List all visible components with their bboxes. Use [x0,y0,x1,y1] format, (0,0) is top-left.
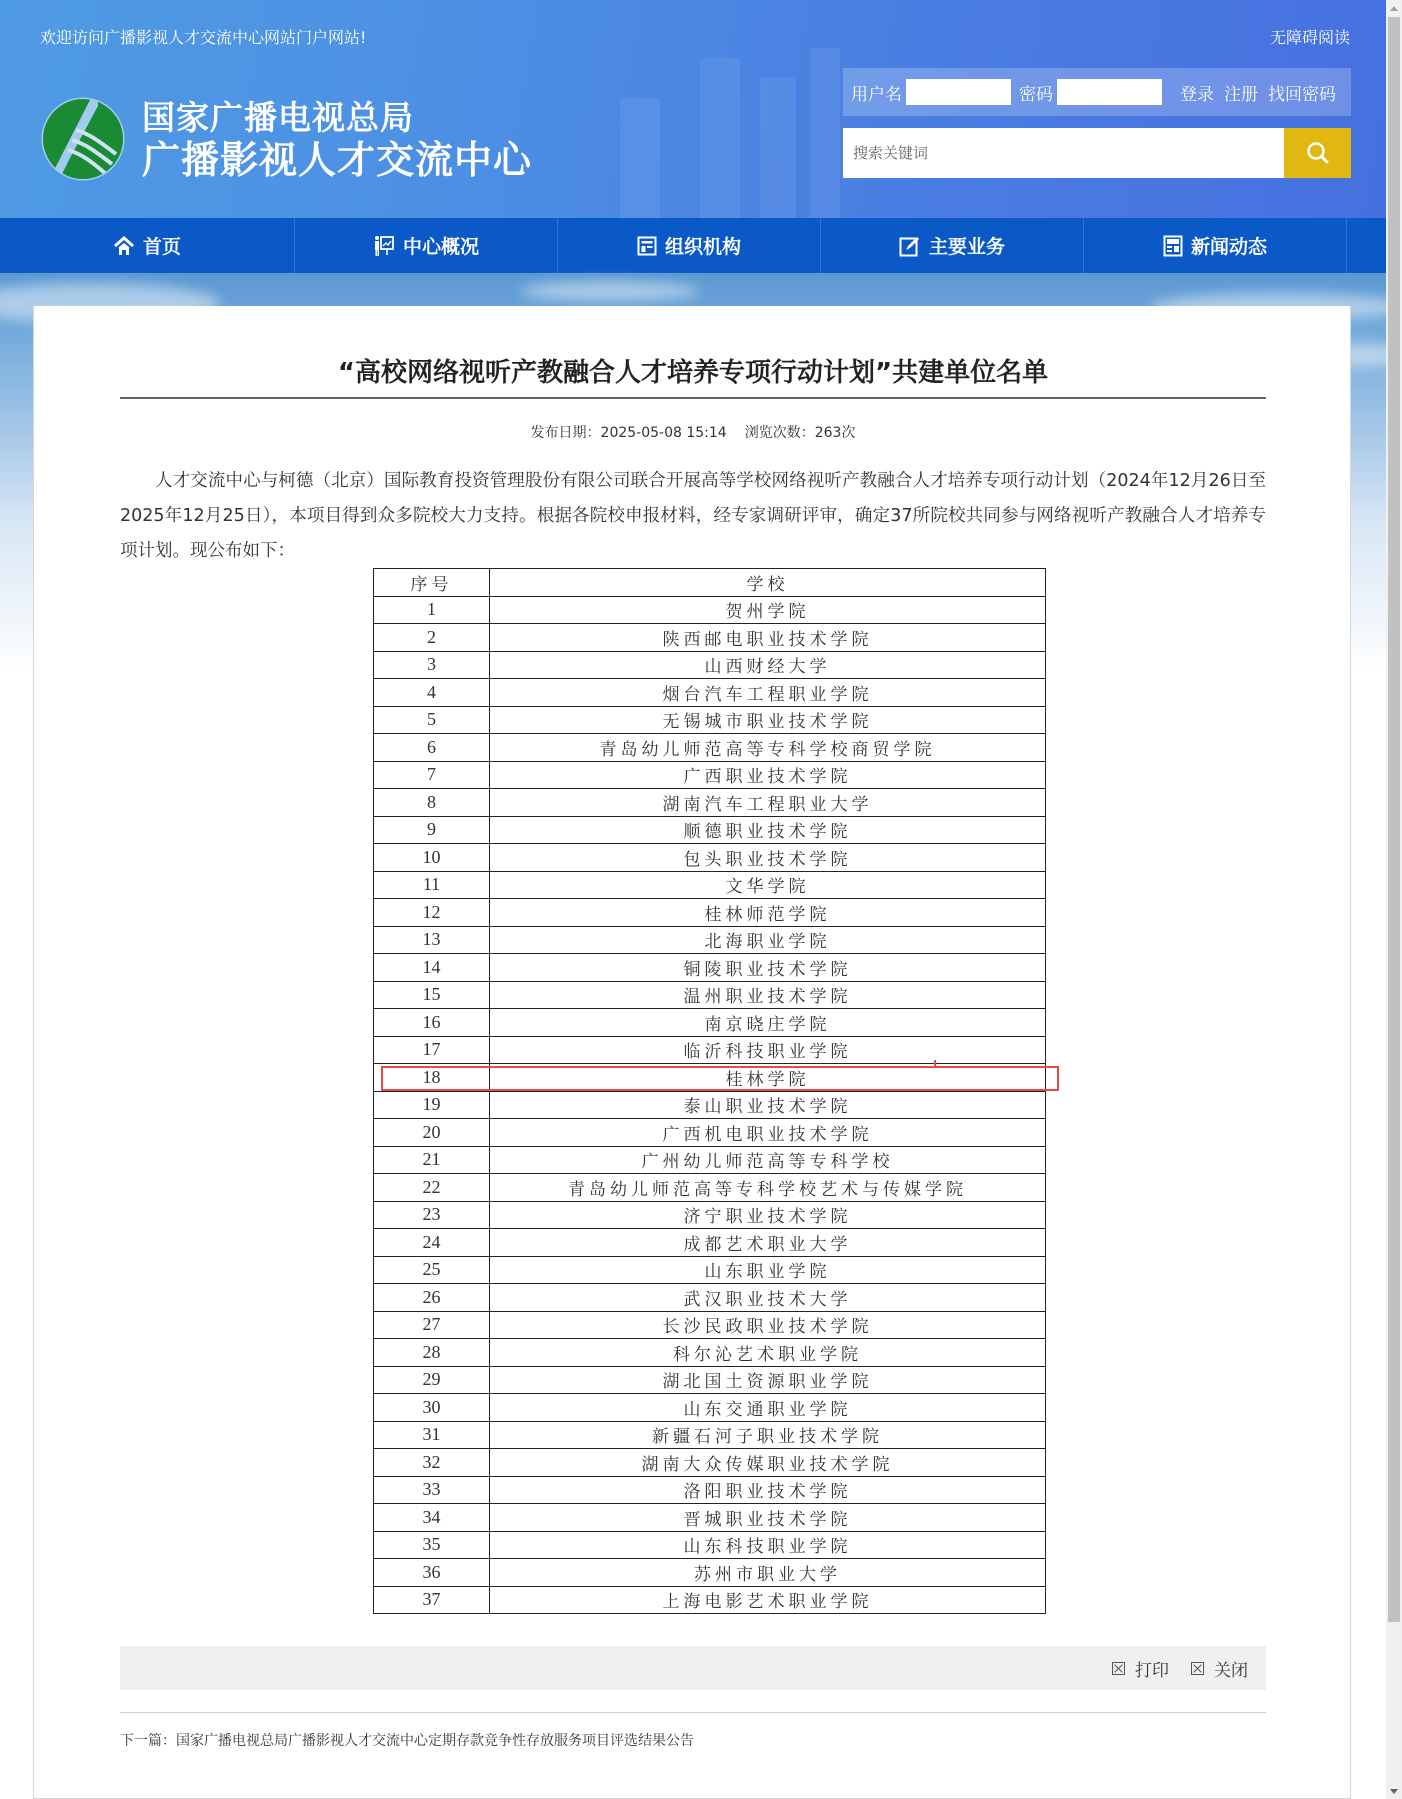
school-name: 桂林学院 [490,1064,1046,1092]
article-card: “高校网络视听产教融合人才培养专项行动计划”共建单位名单 发布日期：2025-0… [33,306,1351,1799]
school-name: 烟台汽车工程职业学院 [490,679,1046,707]
column-header-school: 学校 [490,569,1046,597]
site-header: 欢迎访问广播影视人才交流中心网站门户网站! 无障碍阅读 国家广播电视总局 广播影… [0,0,1386,218]
table-row: 33洛阳职业技术学院 [374,1476,1046,1504]
row-index: 34 [374,1504,490,1532]
login-link[interactable]: 登录 [1180,80,1214,105]
table-row: 4烟台汽车工程职业学院 [374,679,1046,707]
scroll-up-arrow[interactable] [1386,0,1402,16]
row-index: 16 [374,1009,490,1037]
row-index: 19 [374,1091,490,1119]
row-index: 3 [374,651,490,679]
print-button[interactable]: 打印 [1112,1656,1169,1681]
article-title: “高校网络视听产教融合人才培养专项行动计划”共建单位名单 [120,352,1266,389]
table-row: 26武汉职业技术大学 [374,1284,1046,1312]
close-button[interactable]: 关闭 [1191,1656,1248,1681]
table-row: 32湖南大众传媒职业技术学院 [374,1449,1046,1477]
school-name: 青岛幼儿师范高等专科学校商贸学院 [490,734,1046,762]
publish-date-value: 2025-05-08 15:14 [601,425,727,441]
table-row: 25山东职业学院 [374,1256,1046,1284]
article-paragraph: 人才交流中心与柯德（北京）国际教育投资管理股份有限公司联合开展高等学校网络视听产… [120,464,1266,569]
article-meta: 发布日期：2025-05-08 15:14浏览次数：263次 [120,422,1266,442]
row-index: 1 [374,596,490,624]
row-index: 26 [374,1284,490,1312]
table-header-row: 序号 学校 [374,569,1046,597]
cloud-decoration [520,281,700,301]
school-name: 顺德职业技术学院 [490,816,1046,844]
recover-password-link[interactable]: 找回密码 [1268,80,1336,105]
page: 欢迎访问广播影视人才交流中心网站门户网站! 无障碍阅读 国家广播电视总局 广播影… [0,0,1386,1799]
school-name: 泰山职业技术学院 [490,1091,1046,1119]
header-decoration [620,98,660,218]
table-row: 31新疆石河子职业技术学院 [374,1421,1046,1449]
nav-label: 组织机构 [665,232,741,259]
school-name: 湖南汽车工程职业大学 [490,789,1046,817]
row-index: 35 [374,1531,490,1559]
school-name: 湖南大众传媒职业技术学院 [490,1449,1046,1477]
school-name: 湖北国土资源职业学院 [490,1366,1046,1394]
school-name: 科尔沁艺术职业学院 [490,1339,1046,1367]
school-name: 长沙民政职业技术学院 [490,1311,1046,1339]
table-row: 14铜陵职业技术学院 [374,954,1046,982]
school-name: 广州幼儿师范高等专科学校 [490,1146,1046,1174]
table-row: 23济宁职业技术学院 [374,1201,1046,1229]
header-decoration [810,48,840,218]
logo-icon [40,96,126,182]
caret-down-icon [1390,1789,1398,1794]
next-article-label: 下一篇： [120,1733,176,1749]
nav-label: 主要业务 [929,232,1005,259]
table-row: 20广西机电职业技术学院 [374,1119,1046,1147]
table-row: 36苏州市职业大学 [374,1559,1046,1587]
header-decoration [760,78,796,218]
row-index: 36 [374,1559,490,1587]
table-row: 3山西财经大学 [374,651,1046,679]
header-decoration [700,58,740,218]
table-row: 18桂林学院 [374,1064,1046,1092]
school-name: 文华学院 [490,871,1046,899]
table-row: 13北海职业学院 [374,926,1046,954]
school-name: 无锡城市职业技术学院 [490,706,1046,734]
footer-divider [120,1712,1266,1713]
row-index: 2 [374,624,490,652]
school-name: 温州职业技术学院 [490,981,1046,1009]
row-index: 23 [374,1201,490,1229]
row-index: 27 [374,1311,490,1339]
row-index: 17 [374,1036,490,1064]
table-row: 8湖南汽车工程职业大学 [374,789,1046,817]
password-input[interactable] [1057,79,1162,105]
search-icon [1305,140,1331,166]
table-row: 12桂林师范学院 [374,899,1046,927]
row-index: 5 [374,706,490,734]
building-icon [637,236,657,256]
school-name: 广西机电职业技术学院 [490,1119,1046,1147]
row-index: 4 [374,679,490,707]
table-row: 30山东交通职业学院 [374,1394,1046,1422]
school-name: 山东职业学院 [490,1256,1046,1284]
next-article-link[interactable]: 国家广播电视总局广播影视人才交流中心定期存款竞争性存放服务项目评选结果公告 [176,1733,694,1749]
next-article: 下一篇：国家广播电视总局广播影视人才交流中心定期存款竞争性存放服务项目评选结果公… [120,1730,694,1750]
school-name: 贺州学院 [490,596,1046,624]
table-row: 35山东科技职业学院 [374,1531,1046,1559]
table-row: 21广州幼儿师范高等专科学校 [374,1146,1046,1174]
table-row: 17临沂科技职业学院 [374,1036,1046,1064]
school-name: 济宁职业技术学院 [490,1201,1046,1229]
school-name: 桂林师范学院 [490,899,1046,927]
row-index: 7 [374,761,490,789]
row-index: 29 [374,1366,490,1394]
table-row: 2陕西邮电职业技术学院 [374,624,1046,652]
login-bar: 用户名 密码 登录 注册 找回密码 [843,68,1351,116]
school-name: 苏州市职业大学 [490,1559,1046,1587]
print-icon [1112,1662,1125,1675]
view-count-value: 263次 [815,425,856,441]
row-index: 28 [374,1339,490,1367]
row-index: 14 [374,954,490,982]
nav-item-home[interactable]: 首页 [0,218,295,273]
table-row: 28科尔沁艺术职业学院 [374,1339,1046,1367]
school-name: 成都艺术职业大学 [490,1229,1046,1257]
row-index: 32 [374,1449,490,1477]
view-count-label: 浏览次数： [745,425,815,441]
table-row: 1贺州学院 [374,596,1046,624]
print-label: 打印 [1135,1656,1169,1681]
row-index: 21 [374,1146,490,1174]
table-row: 9顺德职业技术学院 [374,816,1046,844]
nav-label: 中心概况 [403,232,479,259]
school-name: 山西财经大学 [490,651,1046,679]
search-button[interactable] [1284,128,1351,178]
org-name-line2: 广播影视人才交流中心 [142,139,532,182]
close-icon [1191,1662,1204,1675]
search-bar [843,128,1351,178]
row-index: 13 [374,926,490,954]
school-name: 青岛幼儿师范高等专科学校艺术与传媒学院 [490,1174,1046,1202]
table-body: 1贺州学院2陕西邮电职业技术学院3山西财经大学4烟台汽车工程职业学院5无锡城市职… [374,596,1046,1614]
nav-item-main-business[interactable]: 主要业务 [821,218,1084,273]
table-row: 29湖北国土资源职业学院 [374,1366,1046,1394]
school-name: 晋城职业技术学院 [490,1504,1046,1532]
table-row: 19泰山职业技术学院 [374,1091,1046,1119]
vertical-scrollbar[interactable] [1386,0,1402,1799]
row-index: 18 [374,1064,490,1092]
school-name: 山东交通职业学院 [490,1394,1046,1422]
table-row: 16南京晓庄学院 [374,1009,1046,1037]
school-name: 包头职业技术学院 [490,844,1046,872]
row-index: 24 [374,1229,490,1257]
edit-icon [899,235,921,257]
row-index: 11 [374,871,490,899]
nav-label: 新闻动态 [1191,232,1267,259]
row-index: 12 [374,899,490,927]
row-index: 15 [374,981,490,1009]
nav-item-organization[interactable]: 组织机构 [558,218,821,273]
scrollbar-thumb[interactable] [1388,17,1400,1622]
school-name: 北海职业学院 [490,926,1046,954]
table-row: 5无锡城市职业技术学院 [374,706,1046,734]
nav-item-news[interactable]: 新闻动态 [1084,218,1347,273]
row-index: 10 [374,844,490,872]
table-row: 37上海电影艺术职业学院 [374,1586,1046,1614]
username-input[interactable] [906,79,1011,105]
school-name: 新疆石河子职业技术学院 [490,1421,1046,1449]
main-nav: 首页 中心概况 组织机构 [0,218,1386,273]
publish-date-label: 发布日期： [531,425,601,441]
table-row: 15温州职业技术学院 [374,981,1046,1009]
news-icon [1163,235,1183,257]
row-index: 22 [374,1174,490,1202]
school-name: 武汉职业技术大学 [490,1284,1046,1312]
school-list-table: 序号 学校 1贺州学院2陕西邮电职业技术学院3山西财经大学4烟台汽车工程职业学院… [373,568,1046,1614]
register-link[interactable]: 注册 [1224,80,1258,105]
title-divider [120,397,1266,399]
row-index: 20 [374,1119,490,1147]
row-index: 8 [374,789,490,817]
row-index: 30 [374,1394,490,1422]
close-label: 关闭 [1214,1656,1248,1681]
password-label: 密码 [1019,80,1053,105]
school-name: 铜陵职业技术学院 [490,954,1046,982]
table-row: 10包头职业技术学院 [374,844,1046,872]
publish-date: 发布日期：2025-05-08 15:14 [531,425,727,441]
school-name: 临沂科技职业学院 [490,1036,1046,1064]
school-name: 上海电影艺术职业学院 [490,1586,1046,1614]
welcome-text: 欢迎访问广播影视人才交流中心网站门户网站! [40,25,366,48]
table-row: 27长沙民政职业技术学院 [374,1311,1046,1339]
school-name: 洛阳职业技术学院 [490,1476,1046,1504]
presentation-icon [373,235,395,257]
table-row: 6青岛幼儿师范高等专科学校商贸学院 [374,734,1046,762]
table-row: 34晋城职业技术学院 [374,1504,1046,1532]
school-name: 广西职业技术学院 [490,761,1046,789]
table-row: 24成都艺术职业大学 [374,1229,1046,1257]
username-label: 用户名 [851,80,902,105]
school-name: 陕西邮电职业技术学院 [490,624,1046,652]
accessibility-reading-link[interactable]: 无障碍阅读 [1270,25,1350,48]
org-name-line1: 国家广播电视总局 [142,96,532,139]
scroll-down-arrow[interactable] [1386,1783,1402,1799]
row-index: 33 [374,1476,490,1504]
nav-item-center-overview[interactable]: 中心概况 [295,218,558,273]
table-row: 11文华学院 [374,871,1046,899]
row-index: 6 [374,734,490,762]
site-name: 国家广播电视总局 广播影视人才交流中心 [142,96,532,182]
row-index: 25 [374,1256,490,1284]
article-toolbar: 打印 关闭 [120,1646,1266,1690]
table-row: 22青岛幼儿师范高等专科学校艺术与传媒学院 [374,1174,1046,1202]
highlight-mark [934,1060,936,1067]
school-name: 南京晓庄学院 [490,1009,1046,1037]
row-index: 31 [374,1421,490,1449]
caret-up-icon [1390,6,1398,11]
nav-label: 首页 [143,232,181,259]
search-input[interactable] [843,128,1284,178]
view-count: 浏览次数：263次 [745,425,856,441]
table-row: 7广西职业技术学院 [374,761,1046,789]
school-name: 山东科技职业学院 [490,1531,1046,1559]
row-index: 9 [374,816,490,844]
row-index: 37 [374,1586,490,1614]
home-icon [113,236,135,256]
column-header-index: 序号 [374,569,490,597]
